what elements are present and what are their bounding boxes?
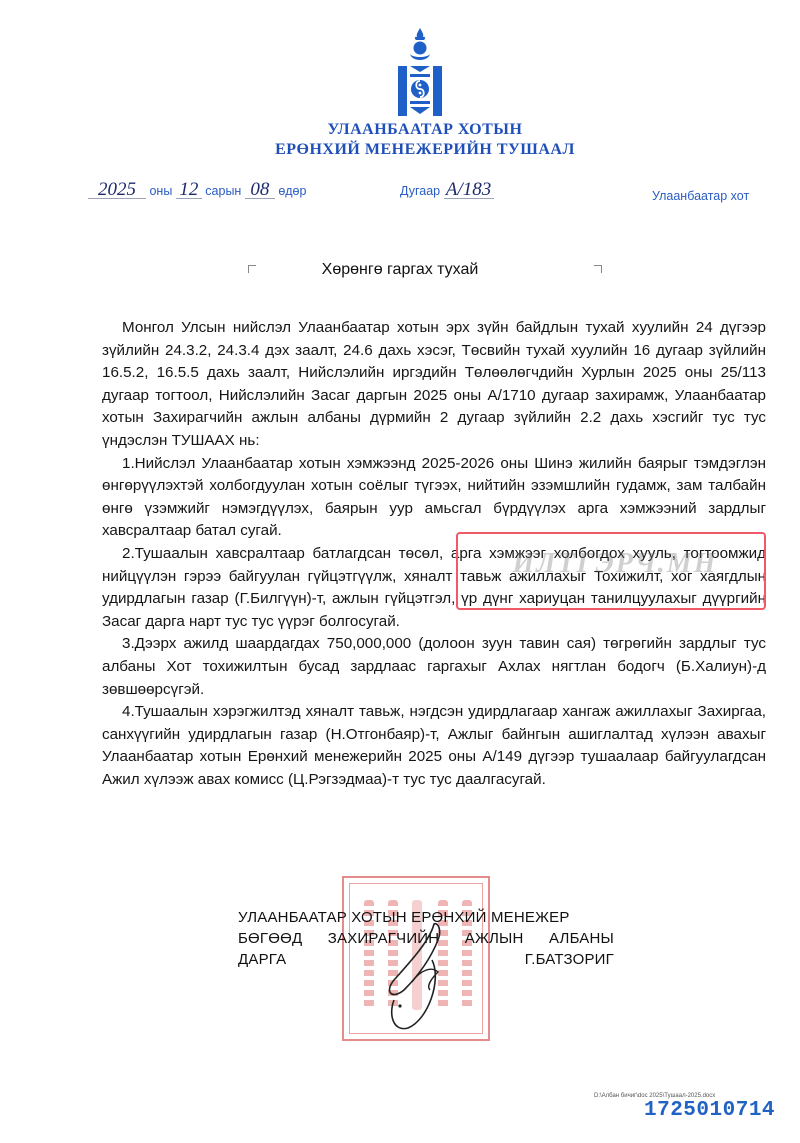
order-item-1: 1.Нийслэл Улаанбаатар хотын хэмжээнд 202…: [102, 453, 766, 543]
highlight-box: [456, 532, 766, 610]
city-label: Улаанбаатар хот: [652, 189, 749, 203]
handwritten-signature: [372, 920, 482, 1040]
date-field: 2025 оны 12 сарын 08 өдөр: [88, 182, 306, 199]
order-item-3: 3.Дээрх ажилд шаардагдах 750,000,000 (до…: [102, 633, 766, 701]
soyombo-emblem-icon: [396, 26, 444, 118]
date-year-label: оны: [149, 184, 172, 198]
order-number-label: Дугаар: [400, 184, 440, 198]
date-year: 2025: [88, 182, 146, 199]
org-title-line2: ЕРӨНХИЙ МЕНЕЖЕРИЙН ТУШААЛ: [0, 141, 800, 159]
signer-title-word: АЛБАНЫ: [549, 928, 614, 949]
order-item-4: 4.Тушаалын хэрэгжилтэд хяналт тавьж, нэг…: [102, 701, 766, 791]
order-number-value: А/183: [444, 182, 494, 199]
date-month: 12: [176, 182, 202, 199]
registration-number: 1725010714: [644, 1099, 775, 1122]
org-title-line1: УЛААНБААТАР ХОТЫН: [0, 121, 800, 139]
signer-title-word: БӨГӨӨД: [238, 928, 302, 949]
document-subject: Хөрөнгө гаргах тухай: [0, 261, 800, 279]
signer-position: ДАРГА: [238, 949, 286, 970]
date-day: 08: [245, 182, 275, 199]
date-month-label: сарын: [205, 184, 241, 198]
preamble-paragraph: Монгол Улсын нийслэл Улаанбаатар хотын э…: [102, 317, 766, 453]
order-number-field: Дугаар А/183: [400, 182, 494, 199]
signer-name: Г.БАТЗОРИГ: [525, 949, 614, 970]
date-day-label: өдөр: [278, 184, 306, 198]
